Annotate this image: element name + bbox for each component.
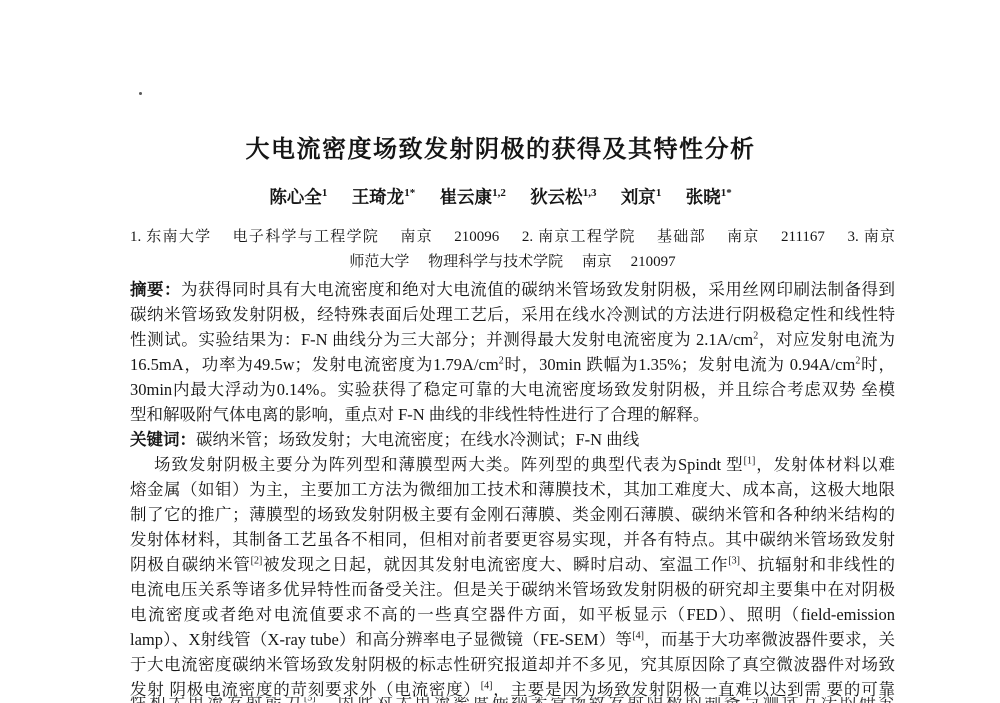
author-affil-sup: 1 (656, 187, 662, 199)
body-line: 于大电流密度碳纳米管场致发射阴极的标志性研究报道却并不多见，究其原因除了真空微波… (130, 652, 895, 677)
author: 崔云康1,2 (440, 187, 506, 207)
body-line: 电流电压关系等诸多优异特性而备受关注。但是关于碳纳米管场致发射阴极的研究却主要集… (130, 577, 895, 602)
author-name: 陈心全 (269, 187, 322, 207)
body-line: 电流密度或者绝对电流值要求不高的一些真空器件方面，如平板显示（FED）、照明（f… (130, 602, 895, 627)
author: 王琦龙1* (352, 187, 416, 207)
affiliation-line-2: 师范大学 物理科学与技术学院 南京 210097 (130, 251, 895, 273)
body-line: 熔金属（如钼）为主，主要加工方法为微细加工技术和薄膜技术，其加工难度大、成本高，… (130, 477, 895, 502)
keywords-line: 关键词：碳纳米管；场致发射；大电流密度；在线水冷测试；F-N 曲线 (130, 427, 895, 452)
paper-title: 大电流密度场致发射阴极的获得及其特性分析 (118, 129, 883, 164)
body-line: 发射体材料，其制备工艺虽各不相同，但相对前者要更容易实现，并各有特点。其中碳纳米… (130, 527, 895, 552)
author-name: 王琦龙 (352, 187, 405, 207)
author-affil-sup: 1,2 (492, 187, 506, 199)
affiliation-line-1: 1. 东南大学 电子科学与工程学院 南京 210096 2. 南京工程学院 基础… (130, 226, 895, 248)
author: 刘京1 (621, 187, 662, 207)
author-name: 狄云松 (530, 187, 583, 207)
abstract-line: 16.5mA，功率为49.5w；发射电流密度为1.79A/cm2时，30min … (130, 352, 895, 377)
author-name: 崔云康 (440, 187, 493, 207)
scan-speck (139, 92, 142, 95)
author: 狄云松1,3 (530, 187, 596, 207)
author-affil-sup: 1 (322, 187, 328, 199)
body-line-clipped: 性和大电流发射能力[5]，因此对大电流密度碳纳米管场致发射阴极的制备与测试方法的… (130, 697, 895, 703)
author: 张晓1* (686, 187, 732, 207)
scanned-paper-page: 大电流密度场致发射阴极的获得及其特性分析 陈心全1 王琦龙1* 崔云康1,2 狄… (0, 0, 1000, 703)
body-line: 场致发射阴极主要分为阵列型和薄膜型两大类。阵列型的典型代表为Spindt 型[1… (130, 452, 895, 477)
author-name: 刘京 (621, 187, 656, 207)
author-affil-sup: 1* (721, 187, 732, 199)
abstract-line: 摘要：为获得同时具有大电流密度和绝对大电流值的碳纳米管场致发射阴极，采用丝网印刷… (130, 277, 895, 302)
body-line: lamp）、X射线管（X-ray tube）和高分辨率电子显微镜（FE-SEM）… (130, 627, 895, 652)
body-line: 制了它的推广；薄膜型的场致发射阴极主要有金刚石薄膜、类金刚石薄膜、碳纳米管和各种… (130, 502, 895, 527)
author-affil-sup: 1* (404, 187, 415, 199)
author-name: 张晓 (686, 187, 721, 207)
author: 陈心全1 (269, 187, 327, 207)
body-line: 阴极自碳纳米管[2]被发现之日起，就因其发射电流密度大、瞬时启动、室温工作[3]… (130, 552, 895, 577)
author-affil-sup: 1,3 (583, 187, 597, 199)
author-list: 陈心全1 王琦龙1* 崔云康1,2 狄云松1,3 刘京1 张晓1* (118, 184, 883, 209)
abstract-line: 性测试。实验结果为：F-N 曲线分为三大部分；并测得最大发射电流密度为 2.1A… (130, 327, 895, 352)
abstract-line: 30min内最大浮动为0.14%。实验获得了稳定可靠的大电流密度场致发射阴极，并… (130, 377, 895, 402)
abstract-line: 型和解吸附气体电离的影响，重点对 F-N 曲线的非线性特性进行了合理的解释。 (130, 402, 895, 427)
text-column: 摘要：为获得同时具有大电流密度和绝对大电流值的碳纳米管场致发射阴极，采用丝网印刷… (130, 277, 895, 702)
abstract-line: 碳纳米管场致发射阴极，经特殊表面后处理工艺后，采用在线水冷测试的方法进行阴极稳定… (130, 302, 895, 327)
